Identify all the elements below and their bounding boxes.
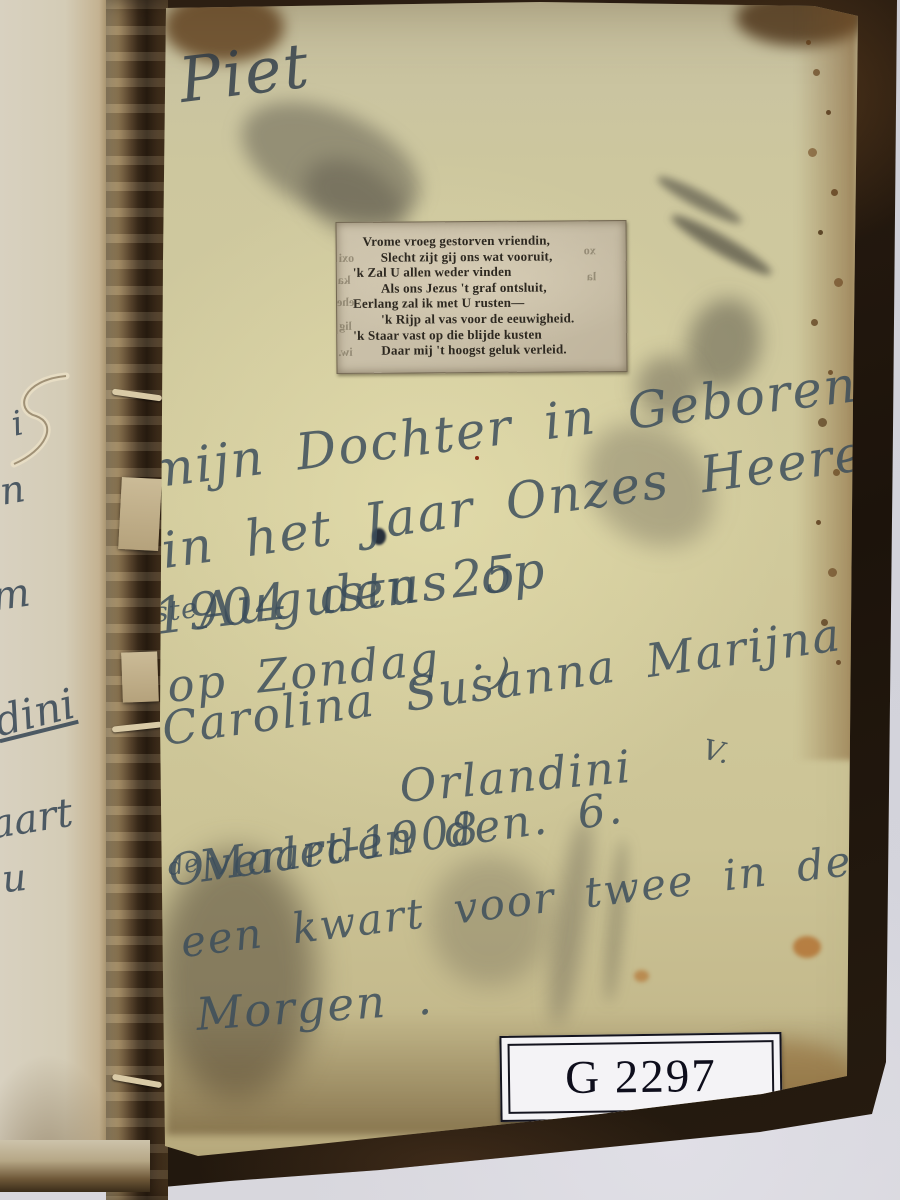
mold-speckles xyxy=(806,40,811,45)
poem-line: Daar mij 't hoogst geluk verleid. xyxy=(337,341,626,359)
spine-binding-gutter xyxy=(106,0,168,1200)
archive-label-number: G 2297 xyxy=(565,1049,717,1105)
rust-spot xyxy=(634,970,649,982)
loose-thread xyxy=(0,366,78,486)
binding-cord xyxy=(112,721,162,732)
binding-cord xyxy=(112,1074,162,1089)
handwriting-fragment-maart-end: aart xyxy=(0,790,76,848)
newspaper-clipping: oxi ka ehe lig iw. xo la Vrome vroeg ges… xyxy=(335,220,627,374)
handwriting-fragment: m xyxy=(0,570,33,621)
rust-spot xyxy=(793,936,821,958)
handwritten-line-death-date: Overleden den. 6.de Maart-1908 xyxy=(165,842,204,897)
photo-old-book-flyleaf: i n m dini aart u xyxy=(0,0,900,1200)
poem-text: Vrome vroeg gestorven vriendin, Slecht z… xyxy=(337,232,627,359)
handwritten-flourish: V. xyxy=(700,733,734,771)
death-date-post: Maart-1908 xyxy=(196,803,483,893)
handwriting-fragment-orlandini-end: dini xyxy=(0,679,80,746)
binding-tape xyxy=(118,477,162,551)
handwriting-fragment: u xyxy=(0,855,29,901)
smudge xyxy=(654,171,745,230)
binding-cord xyxy=(112,389,162,402)
left-facing-page: i n m dini aart u xyxy=(0,0,118,1192)
death-date-ordinal: de xyxy=(166,849,201,881)
binding-tape xyxy=(121,651,159,702)
page-stack-fore-edge xyxy=(0,1140,150,1192)
